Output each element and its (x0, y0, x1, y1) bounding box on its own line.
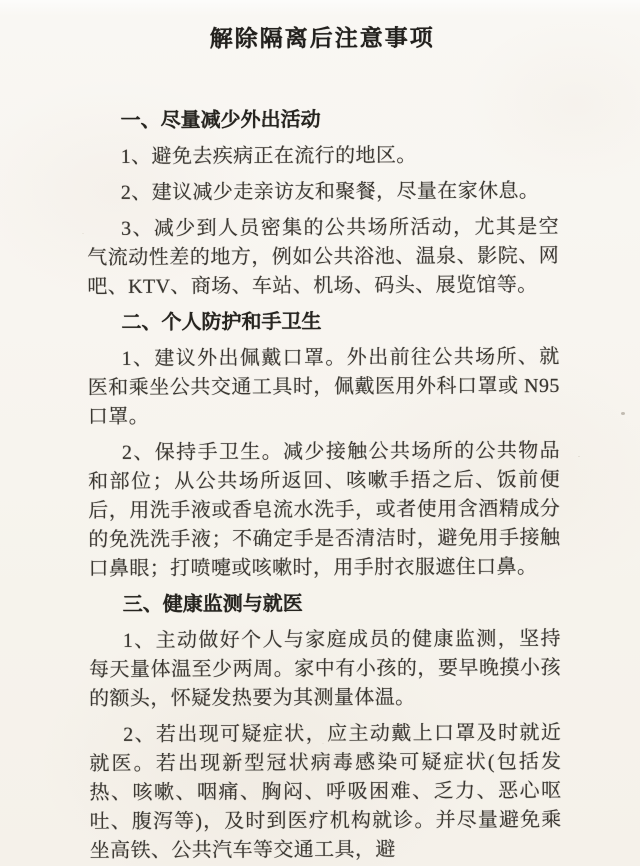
section-personal-protection: 二、个人防护和手卫生 1、建议外出佩戴口罩。外出前往公共场所、就医和乘坐公共交通… (87, 307, 560, 584)
paragraph: 2、若出现可疑症状，应主动戴上口罩及时就近就医。若出现新型冠状病毒感染可疑症状(… (89, 719, 562, 866)
paragraph: 1、避免去疾病正在流行的地区。 (87, 141, 559, 172)
section-health-monitoring: 三、健康监测与就医 1、主动做好个人与家庭成员的健康监测，坚持每天量体温至少两周… (89, 589, 562, 866)
paragraph: 2、建议减少走亲访友和聚餐，尽量在家休息。 (87, 177, 559, 208)
document-content: 解除隔离后注意事项 一、尽量减少外出活动 1、避免去疾病正在流行的地区。 2、建… (86, 23, 562, 866)
paragraph: 1、主动做好个人与家庭成员的健康监测，坚持每天量体温至少两周。家中有小孩的，要早… (89, 625, 561, 714)
section-reduce-outings: 一、尽量减少外出活动 1、避免去疾病正在流行的地区。 2、建议减少走亲访友和聚餐… (87, 105, 560, 302)
section-1-heading: 一、尽量减少外出活动 (87, 105, 559, 136)
section-2-heading: 二、个人防护和手卫生 (87, 307, 559, 338)
section-3-heading: 三、健康监测与就医 (89, 589, 561, 620)
paragraph: 1、建议外出佩戴口罩。外出前往公共场所、就医和乘坐公共交通工具时，佩戴医用外科口… (88, 343, 560, 432)
scanned-document-page: 解除隔离后注意事项 一、尽量减少外出活动 1、避免去疾病正在流行的地区。 2、建… (0, 0, 640, 866)
document-title: 解除隔离后注意事项 (86, 23, 558, 53)
paragraph: 2、保持手卫生。减少接触公共场所的公共物品和部位；从公共场所返回、咳嗽手捂之后、… (88, 437, 561, 584)
paragraph: 3、减少到人员密集的公共场所活动，尤其是空气流动性差的地方，例如公共浴池、温泉、… (87, 213, 559, 302)
